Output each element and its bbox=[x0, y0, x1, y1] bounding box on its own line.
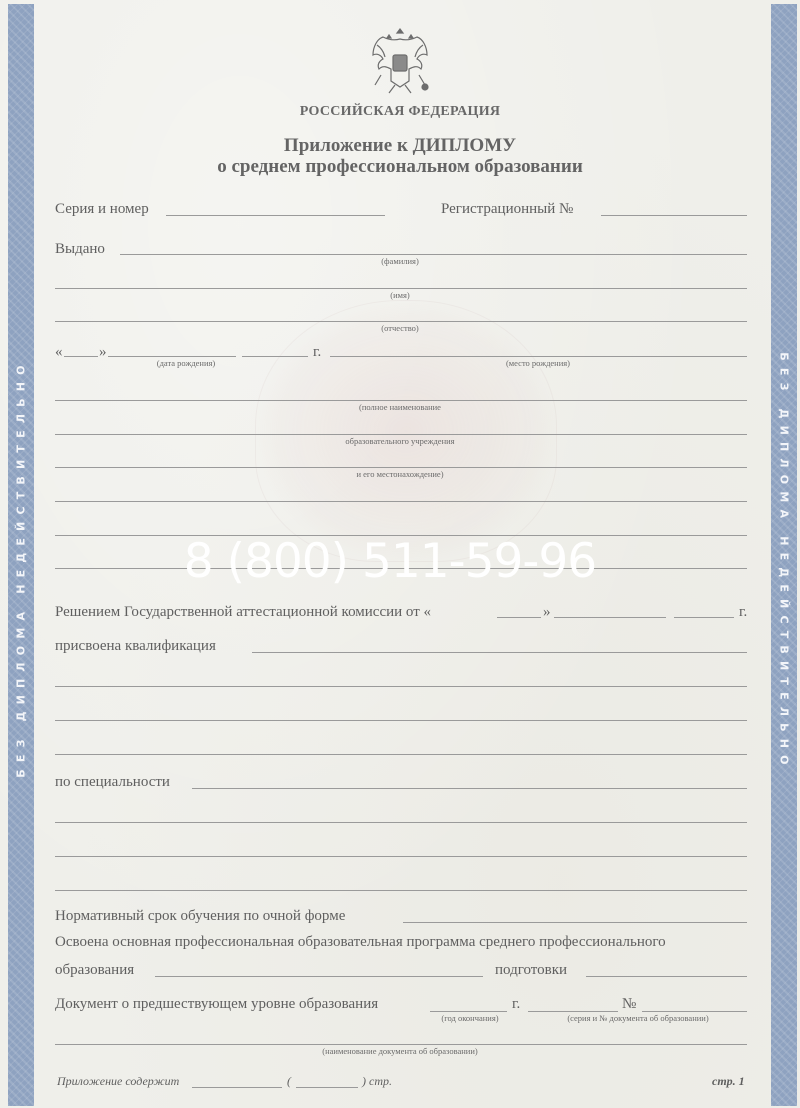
education-label: образования bbox=[55, 962, 134, 979]
institution-field-4[interactable] bbox=[55, 501, 747, 502]
number-sign: № bbox=[622, 996, 636, 1013]
graduation-year-field[interactable] bbox=[430, 1011, 507, 1012]
doc-name-caption: (наименование документа об образовании) bbox=[322, 1046, 477, 1056]
birth-place-caption: (место рождения) bbox=[506, 358, 570, 368]
page-count-words-field[interactable] bbox=[296, 1087, 358, 1088]
country-name: РОССИЙСКАЯ ФЕДЕРАЦИЯ bbox=[0, 104, 800, 120]
specialty-label: по специальности bbox=[55, 774, 170, 791]
reg-number-label: Регистрационный № bbox=[441, 201, 573, 218]
birth-month-field[interactable] bbox=[108, 356, 236, 357]
decision-day-field[interactable] bbox=[497, 617, 541, 618]
paren-open: ( bbox=[287, 1074, 291, 1089]
program-label: Освоена основная профессиональная образо… bbox=[55, 934, 666, 951]
name-field[interactable] bbox=[55, 288, 747, 289]
patronymic-caption: (отчество) bbox=[381, 323, 418, 333]
birth-year-field[interactable] bbox=[242, 356, 308, 357]
birth-day-field[interactable] bbox=[64, 356, 98, 357]
institution-field-3[interactable] bbox=[55, 467, 747, 468]
reg-number-field[interactable] bbox=[601, 215, 747, 216]
birth-day-quote-open: « bbox=[55, 344, 63, 361]
document-subtitle: о среднем профессиональном образовании bbox=[0, 156, 800, 178]
series-label: Серия и номер bbox=[55, 201, 149, 218]
diploma-supplement-page: БЕЗ ДИПЛОМА НЕДЕЙСТВИТЕЛЬНО БЕЗ ДИПЛОМА … bbox=[0, 0, 800, 1108]
institution-caption-2: образовательного учреждения bbox=[345, 436, 454, 446]
graduation-year-caption: (год окончания) bbox=[441, 1013, 498, 1023]
decision-year-suffix: г. bbox=[739, 604, 747, 621]
page-number: стр. 1 bbox=[712, 1074, 745, 1089]
contains-label: Приложение содержит bbox=[57, 1074, 179, 1089]
specialty-field-1[interactable] bbox=[192, 788, 747, 789]
training-label: подготовки bbox=[495, 962, 567, 979]
institution-field-1[interactable] bbox=[55, 400, 747, 401]
decision-label: Решением Государственной аттестационной … bbox=[55, 604, 431, 621]
qualification-field-1[interactable] bbox=[252, 652, 747, 653]
series-field[interactable] bbox=[166, 215, 385, 216]
double-headed-eagle-emblem-icon bbox=[367, 25, 433, 95]
phone-watermark: 8 (800) 511-59-96 bbox=[0, 534, 780, 589]
institution-caption-1: (полное наименование bbox=[359, 402, 441, 412]
birth-day-quote-close: » bbox=[99, 344, 107, 361]
doc-series-caption: (серия и № документа об образовании) bbox=[567, 1013, 708, 1023]
decision-year-field[interactable] bbox=[674, 617, 734, 618]
document-title: Приложение к ДИПЛОМУ bbox=[0, 135, 800, 157]
institution-caption-3: и его местонахождение) bbox=[356, 469, 443, 479]
prev-doc-label: Документ о предшествующем уровне образов… bbox=[55, 996, 378, 1013]
training-field[interactable] bbox=[586, 976, 747, 977]
birth-place-field[interactable] bbox=[330, 356, 747, 357]
decision-month-field[interactable] bbox=[554, 617, 666, 618]
name-caption: (имя) bbox=[390, 290, 410, 300]
paren-close: ) стр. bbox=[362, 1074, 392, 1089]
issued-label: Выдано bbox=[55, 241, 105, 258]
surname-field[interactable] bbox=[120, 254, 747, 255]
qualification-field-3[interactable] bbox=[55, 720, 747, 721]
institution-field-2[interactable] bbox=[55, 434, 747, 435]
doc-series-field[interactable] bbox=[528, 1011, 618, 1012]
education-field[interactable] bbox=[155, 976, 483, 977]
doc-number-field[interactable] bbox=[642, 1011, 747, 1012]
surname-caption: (фамилия) bbox=[381, 256, 419, 266]
birth-date-caption: (дата рождения) bbox=[157, 358, 216, 368]
decision-quote-close: » bbox=[543, 604, 551, 621]
specialty-field-2[interactable] bbox=[55, 822, 747, 823]
watermark-emblem-icon bbox=[255, 300, 557, 562]
doc-name-field[interactable] bbox=[55, 1044, 747, 1045]
birth-year-suffix: г. bbox=[313, 344, 321, 361]
prev-year-suffix: г. bbox=[512, 996, 520, 1013]
qualification-field-2[interactable] bbox=[55, 686, 747, 687]
page-count-field[interactable] bbox=[192, 1087, 282, 1088]
specialty-field-4[interactable] bbox=[55, 890, 747, 891]
patronymic-field[interactable] bbox=[55, 321, 747, 322]
qualification-label: присвоена квалификация bbox=[55, 638, 216, 655]
qualification-field-4[interactable] bbox=[55, 754, 747, 755]
study-term-label: Нормативный срок обучения по очной форме bbox=[55, 908, 345, 925]
study-term-field[interactable] bbox=[403, 922, 747, 923]
specialty-field-3[interactable] bbox=[55, 856, 747, 857]
